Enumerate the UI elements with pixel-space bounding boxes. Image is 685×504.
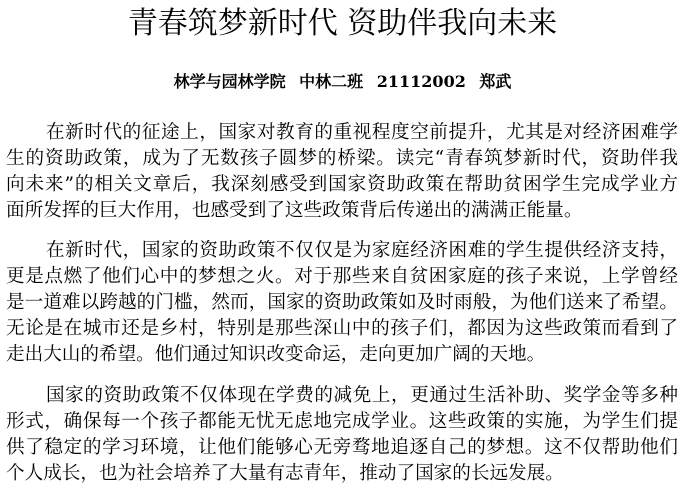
author-college: 林学与园林学院 (174, 72, 286, 91)
paragraph-line: 国家的资助政策不仅体现在学费的减免上，更通过生活补助、奖学金等多种 (6, 383, 678, 409)
paragraph-line: 在新时代的征途上，国家对教育的重视程度空前提升，尤其是对经济困难学 (6, 120, 678, 146)
paragraph-line: 更是点燃了他们心中的梦想之火。对于那些来自贫困家庭的孩子来说，上学曾经 (6, 264, 678, 290)
paragraph-1: 在新时代的征途上，国家对教育的重视程度空前提升，尤其是对经济困难学 生的资助政策… (6, 120, 678, 224)
author-student-id: 21112002 (377, 72, 466, 91)
paragraph-line: 是一道难以跨越的门槛，然而，国家的资助政策如及时雨般，为他们送来了希望。 (6, 290, 678, 316)
paragraph-line: 面所发挥的巨大作用，也感受到了这些政策背后传递出的满满正能量。 (6, 198, 678, 224)
paragraph-3: 国家的资助政策不仅体现在学费的减免上，更通过生活补助、奖学金等多种 形式，确保每… (6, 383, 678, 487)
paragraph-line: 生的资助政策，成为了无数孩子圆梦的桥梁。读完“青春筑梦新时代，资助伴我 (6, 146, 678, 172)
author-name: 郑武 (479, 72, 511, 91)
paragraph-line: 个人成长，也为社会培养了大量有志青年，推动了国家的长远发展。 (6, 461, 678, 487)
paragraph-line: 走出大山的希望。他们通过知识改变命运，走向更加广阔的天地。 (6, 342, 678, 368)
paragraph-line: 在新时代，国家的资助政策不仅仅是为家庭经济困难的学生提供经济支持， (6, 238, 678, 264)
paragraph-2: 在新时代，国家的资助政策不仅仅是为家庭经济困难的学生提供经济支持， 更是点燃了他… (6, 238, 678, 368)
paragraph-line: 形式，确保每一个孩子都能无忧无虑地完成学业。这些政策的实施，为学生们提 (6, 409, 678, 435)
paragraph-line: 向未来”的相关文章后，我深刻感受到国家资助政策在帮助贫困学生完成学业方 (6, 172, 678, 198)
document-title: 青春筑梦新时代 资助伴我向未来 (0, 4, 685, 44)
paragraph-line: 无论是在城市还是乡村，特别是那些深山中的孩子们，都因为这些政策而看到了 (6, 316, 678, 342)
author-class: 中林二班 (299, 72, 363, 91)
paragraph-line: 供了稳定的学习环境，让他们能够心无旁骛地追逐自己的梦想。这不仅帮助他们 (6, 435, 678, 461)
author-line: 林学与园林学院 中林二班 21112002 郑武 (0, 70, 685, 94)
